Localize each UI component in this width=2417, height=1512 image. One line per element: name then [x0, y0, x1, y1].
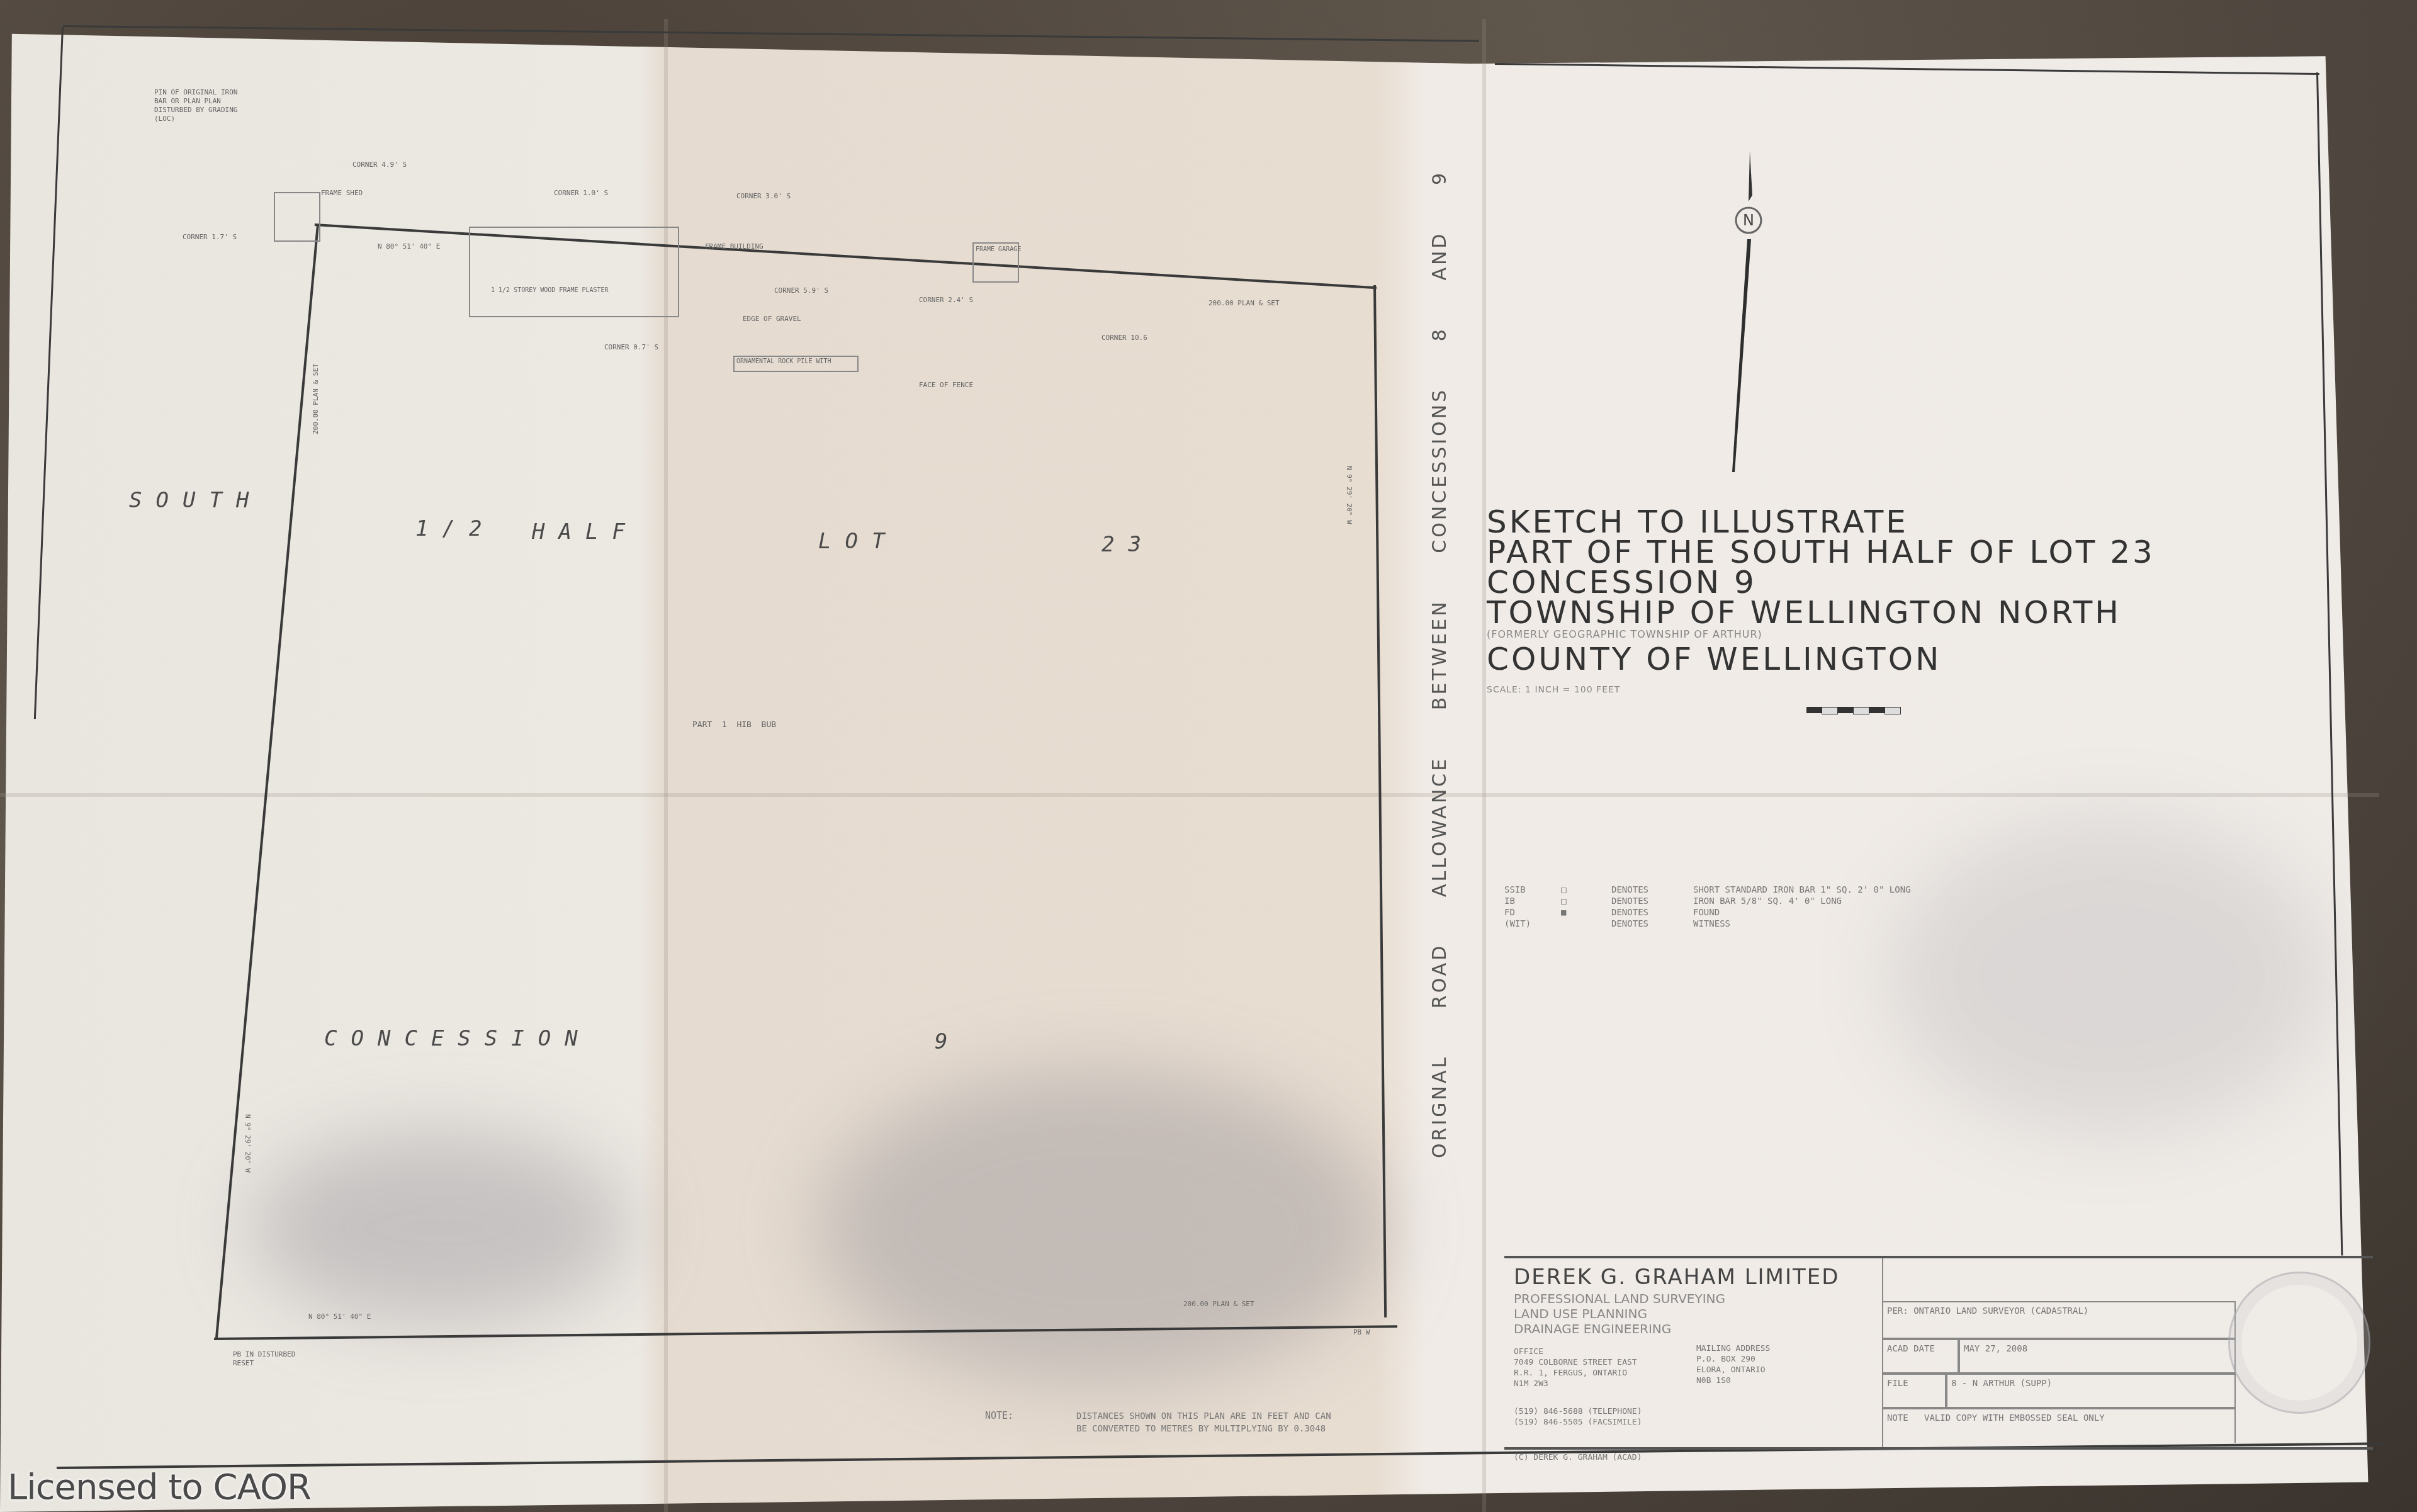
license-watermark: Licensed to CAOR	[8, 1467, 311, 1508]
lot-label-south: SOUTH	[129, 488, 262, 513]
title-line: CONCESSION 9	[1487, 567, 2155, 597]
ornamental-wall-label: ORNAMENTAL ROCK PILE WITH	[736, 358, 831, 366]
bottom-right-monument: PB W	[1353, 1328, 1370, 1337]
embossed-seal	[2228, 1272, 2370, 1414]
concession-number: 9	[935, 1029, 961, 1054]
frame-building-label: FRAME BUILDING	[705, 242, 763, 251]
lot-label-half: HALF	[532, 519, 639, 544]
scale-text: SCALE: 1 INCH = 100 FEET	[1487, 683, 2155, 697]
road-word: BETWEEN	[1429, 599, 1451, 710]
county-line: COUNTY OF WELLINGTON	[1487, 644, 2155, 674]
note-text: DISTANCES SHOWN ON THIS PLAN ARE IN FEET…	[1076, 1410, 1331, 1435]
file-label: FILE	[1883, 1374, 1946, 1408]
paper-shadow	[818, 1070, 1385, 1385]
road-word: ORIGNAL	[1429, 1055, 1451, 1158]
corner-label: CORNER 3.0' S	[736, 192, 791, 201]
corner-label: CORNER 1.7' S	[183, 233, 237, 242]
legend-symbol: □	[1561, 884, 1611, 896]
sketch-title: SKETCH TO ILLUSTRATE PART OF THE SOUTH H…	[1487, 507, 2155, 697]
legend-symbol	[1561, 918, 1611, 930]
lot-label-half-fraction: 1/2	[415, 516, 495, 541]
legend-row: (WIT) DENOTES WITNESS	[1504, 918, 1911, 930]
legend-symbol: □	[1561, 896, 1611, 907]
lot-label-number: 23	[1101, 532, 1155, 557]
title-line: SKETCH TO ILLUSTRATE	[1487, 507, 2155, 537]
north-arrow-icon: N	[1712, 145, 1781, 485]
part-label: PART 1 HIB BUB	[692, 721, 776, 730]
building-outline	[469, 227, 679, 317]
corner-label: CORNER 10.6	[1101, 334, 1147, 342]
date-label: ACAD DATE	[1883, 1339, 1959, 1374]
phone-numbers: (519) 846-5688 (TELEPHONE) (519) 846-550…	[1514, 1406, 1642, 1428]
paper-fold	[1482, 19, 1486, 1512]
bottom-left-monument: PB IN DISTURBED RESET	[233, 1350, 295, 1368]
left-side-dim: N 9° 29' 20" W	[243, 1114, 252, 1173]
plan-dim-top: 200.00 PLAN & SET	[1208, 299, 1280, 308]
scale-bar	[1806, 707, 1901, 714]
road-word: ROAD	[1429, 944, 1451, 1009]
legend-symbol: ■	[1561, 907, 1611, 918]
bearing-bottom: N 80° 51' 40" E	[308, 1312, 371, 1321]
right-side-dim: N 9° 29' 20" W	[1344, 466, 1353, 524]
road-word: AND	[1429, 232, 1451, 281]
corner-label: CORNER 2.4' S	[919, 296, 973, 305]
building-label: 1 1/2 STOREY WOOD FRAME PLASTER	[491, 286, 609, 295]
legend-row: FD ■ DENOTES FOUND	[1504, 907, 1911, 918]
frame-shed-label: FRAME SHED	[321, 189, 363, 198]
company-services: PROFESSIONAL LAND SURVEYING LAND USE PLA…	[1514, 1291, 1725, 1336]
paper-shadow	[252, 1133, 629, 1322]
office-address: OFFICE 7049 COLBORNE STREET EAST R.R. 1,…	[1514, 1346, 1637, 1389]
footer-credit: (C) DEREK G. GRAHAM (ACAD)	[1514, 1452, 1642, 1463]
file-value: 8 - N ARTHUR (SUPP)	[1946, 1374, 2236, 1408]
face-of-fence-label: FACE OF FENCE	[919, 381, 973, 390]
validity-note: NOTE VALID COPY WITH EMBOSSED SEAL ONLY	[1883, 1408, 2236, 1443]
note-label: NOTE:	[985, 1410, 1013, 1421]
mailing-address: MAILING ADDRESS P.O. BOX 290 ELORA, ONTA…	[1696, 1343, 1770, 1386]
plan-dim-bottom: 200.00 PLAN & SET	[1183, 1300, 1254, 1309]
company-name: DEREK G. GRAHAM LIMITED	[1514, 1265, 1839, 1290]
date-value: MAY 27, 2008	[1959, 1339, 2236, 1374]
road-word: 8	[1429, 327, 1451, 341]
legend: SSIB □ DENOTES SHORT STANDARD IRON BAR 1…	[1504, 884, 1911, 930]
plan-dim-left: 200.00 PLAN & SET	[312, 363, 320, 434]
corner-label: CORNER 1.0' S	[554, 189, 608, 198]
road-word: 9	[1429, 171, 1451, 185]
frame-garage-label: FRAME GARAGE	[976, 245, 1021, 254]
road-allowance-label: ORIGNAL ROAD ALLOWANCE BETWEEN CONCESSIO…	[1429, 133, 1451, 1158]
road-word: ALLOWANCE	[1429, 757, 1451, 897]
title-line: PART OF THE SOUTH HALF OF LOT 23	[1487, 537, 2155, 567]
concession-label: CONCESSION	[324, 1026, 592, 1051]
corner-label: CORNER 4.9' S	[352, 161, 407, 169]
lot-label-lot: LOT	[818, 529, 898, 554]
svg-text:N: N	[1743, 212, 1754, 229]
paper-shadow	[1888, 818, 2329, 1133]
title-line: TOWNSHIP OF WELLINGTON NORTH	[1487, 597, 2155, 628]
edge-of-gravel-label: EDGE OF GRAVEL	[743, 315, 801, 324]
legend-row: IB □ DENOTES IRON BAR 5/8" SQ. 4' 0" LON…	[1504, 896, 1911, 907]
bearing-top: N 80° 51' 40" E	[378, 242, 440, 251]
corner-label: CORNER 0.7' S	[604, 343, 658, 352]
signature-cell: PER: ONTARIO LAND SURVEYOR (CADASTRAL)	[1883, 1301, 2236, 1339]
road-word: CONCESSIONS	[1429, 388, 1451, 553]
frame-shed-outline	[274, 192, 320, 242]
corner-label: CORNER 5.9' S	[774, 286, 828, 295]
top-note: PIN OF ORIGINAL IRON BAR OR PLAN PLAN DI…	[154, 88, 237, 123]
paper-fold	[0, 793, 2379, 797]
legend-row: SSIB □ DENOTES SHORT STANDARD IRON BAR 1…	[1504, 884, 1911, 896]
